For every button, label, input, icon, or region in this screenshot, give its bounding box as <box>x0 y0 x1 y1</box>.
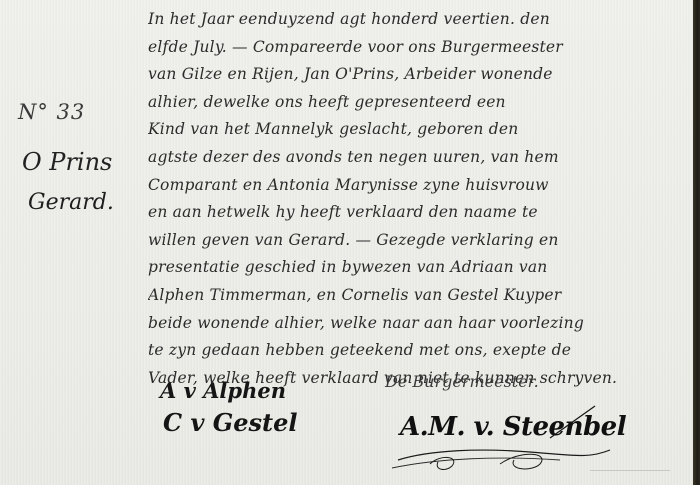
record-line: presentatie geschied in bywezen van Adri… <box>148 254 688 282</box>
divider <box>590 470 670 471</box>
record-line: Kind van het Mannelyk geslacht, geboren … <box>148 116 688 144</box>
record-line: beide wonende alhier, welke naar aan haa… <box>148 310 688 338</box>
record-line: te zyn gedaan hebben geteekend met ons, … <box>148 337 688 365</box>
record-number: N° 33 <box>18 100 85 124</box>
record-line: van Gilze en Rijen, Jan O'Prins, Arbeide… <box>148 61 688 89</box>
margin-surname: O Prins <box>22 148 112 176</box>
mayor-signature-text: A.M. v. Steenbel <box>400 412 626 442</box>
register-page: N° 33 O Prins Gerard. In het Jaar eenduy… <box>0 0 693 485</box>
mayor-signature: A.M. v. Steenbel <box>390 398 630 478</box>
margin-given-name: Gerard. <box>28 190 114 215</box>
closing-title: De Burgermeester. <box>385 372 539 391</box>
record-line: elfde July. — Compareerde voor ons Burge… <box>148 34 688 62</box>
record-line: alhier, dewelke ons heeft gepresenteerd … <box>148 89 688 117</box>
record-line: agtste dezer des avonds ten negen uuren,… <box>148 144 688 172</box>
binding-edge <box>693 0 700 485</box>
record-body: In het Jaar eenduyzend agt honderd veert… <box>148 6 688 392</box>
record-line: Comparant en Antonia Marynisse zyne huis… <box>148 172 688 200</box>
record-line: In het Jaar eenduyzend agt honderd veert… <box>148 6 688 34</box>
record-line: Alphen Timmerman, en Cornelis van Gestel… <box>148 282 688 310</box>
witness-signature-2: C v Gestel <box>163 408 298 437</box>
record-line: willen geven van Gerard. — Gezegde verkl… <box>148 227 688 255</box>
record-line: en aan hetwelk hy heeft verklaard den na… <box>148 199 688 227</box>
witness-signature-1: A v Alphen <box>160 378 286 403</box>
